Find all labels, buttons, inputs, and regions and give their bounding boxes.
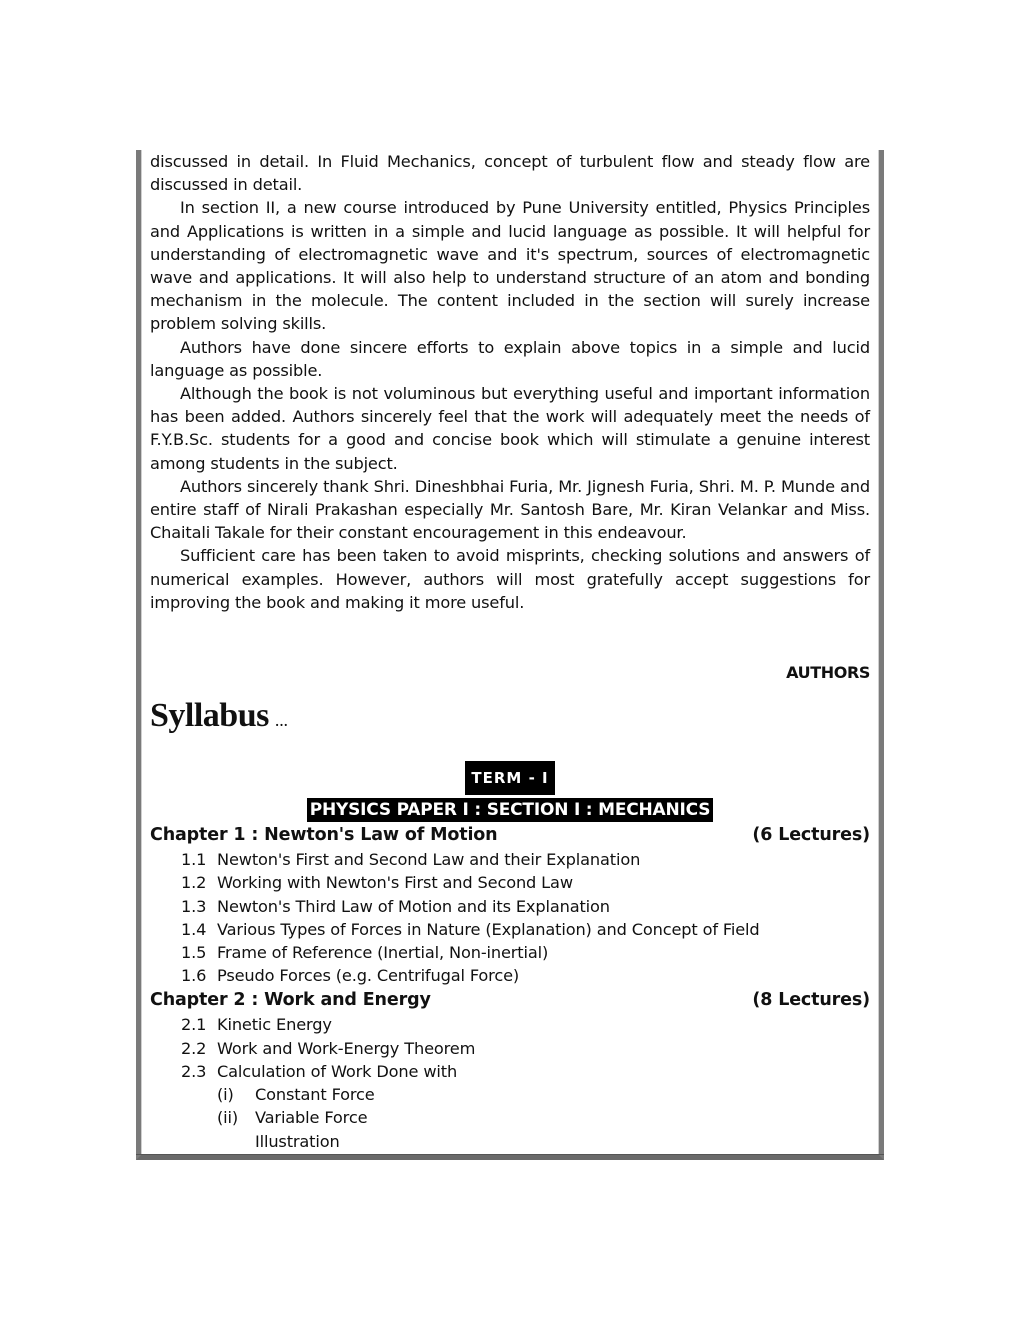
topic-number: 2.1 [181,1013,217,1036]
chapter-2: Chapter 2 : Work and Energy (8 Lectures)… [150,987,870,1152]
preface-paragraph: Authors sincerely thank Shri. Dineshbhai… [150,475,870,545]
subtopic-number: (ii) [217,1106,255,1129]
topic-item: 1.5Frame of Reference (Inertial, Non-ine… [150,941,870,964]
topic-item: 1.1Newton's First and Second Law and the… [150,848,870,871]
preface-paragraph: Authors have done sincere efforts to exp… [150,336,870,382]
syllabus-title-ellipsis: ... [275,710,288,730]
authors-signature: AUTHORS [150,661,870,684]
subtopic-item: (i)Constant Force [150,1083,870,1106]
subtopic-number: (i) [217,1083,255,1106]
section-banner: PHYSICS PAPER I : SECTION I : MECHANICS [307,798,714,822]
syllabus-title: Syllabus [150,697,269,734]
term-badge: TERM - I [465,761,554,795]
chapter-1: Chapter 1 : Newton's Law of Motion (6 Le… [150,822,870,987]
subtopic-text: Constant Force [255,1083,375,1106]
topic-number: 1.6 [181,964,217,987]
subtopic-text: Variable Force [255,1106,367,1129]
page-content: discussed in detail. In Fluid Mechanics,… [150,150,870,1153]
topic-item: 1.4Various Types of Forces in Nature (Ex… [150,918,870,941]
topic-item: 2.1Kinetic Energy [150,1013,870,1036]
topic-number: 1.2 [181,871,217,894]
chapter-lectures: (8 Lectures) [752,987,870,1013]
preface-paragraph: In section II, a new course introduced b… [150,196,870,335]
preface-paragraph: Although the book is not voluminous but … [150,382,870,475]
topic-number: 1.3 [181,895,217,918]
topic-text: Calculation of Work Done with [217,1060,457,1083]
topic-text: Various Types of Forces in Nature (Expla… [217,918,760,941]
topic-item: 2.2Work and Work-Energy Theorem [150,1037,870,1060]
topic-text: Kinetic Energy [217,1013,332,1036]
chapter-title: Chapter 1 : Newton's Law of Motion [150,822,497,848]
topic-text: Work and Work-Energy Theorem [217,1037,475,1060]
term-row: TERM - I [150,748,870,795]
topic-text: Newton's Third Law of Motion and its Exp… [217,895,610,918]
chapter-heading: Chapter 1 : Newton's Law of Motion (6 Le… [150,822,870,848]
topic-text: Pseudo Forces (e.g. Centrifugal Force) [217,964,519,987]
topic-item: 2.3Calculation of Work Done with [150,1060,870,1083]
section-row: PHYSICS PAPER I : SECTION I : MECHANICS [150,795,870,822]
chapter-lectures: (6 Lectures) [752,822,870,848]
topic-text: Working with Newton's First and Second L… [217,871,573,894]
chapter-title: Chapter 2 : Work and Energy [150,987,431,1013]
subtopic-note: Illustration [150,1130,870,1153]
topic-number: 1.1 [181,848,217,871]
topic-item: 1.2Working with Newton's First and Secon… [150,871,870,894]
syllabus-heading: Syllabus... [150,704,870,748]
topic-number: 1.5 [181,941,217,964]
preface-section: discussed in detail. In Fluid Mechanics,… [150,150,870,684]
topic-number: 2.3 [181,1060,217,1083]
topic-item: 1.6Pseudo Forces (e.g. Centrifugal Force… [150,964,870,987]
chapter-heading: Chapter 2 : Work and Energy (8 Lectures) [150,987,870,1013]
topic-text: Frame of Reference (Inertial, Non-inerti… [217,941,548,964]
preface-paragraph: Sufficient care has been taken to avoid … [150,544,870,614]
topic-text: Newton's First and Second Law and their … [217,848,640,871]
topic-number: 2.2 [181,1037,217,1060]
subtopic-item: (ii)Variable Force [150,1106,870,1129]
preface-paragraph: discussed in detail. In Fluid Mechanics,… [150,150,870,196]
topic-number: 1.4 [181,918,217,941]
topic-item: 1.3Newton's Third Law of Motion and its … [150,895,870,918]
